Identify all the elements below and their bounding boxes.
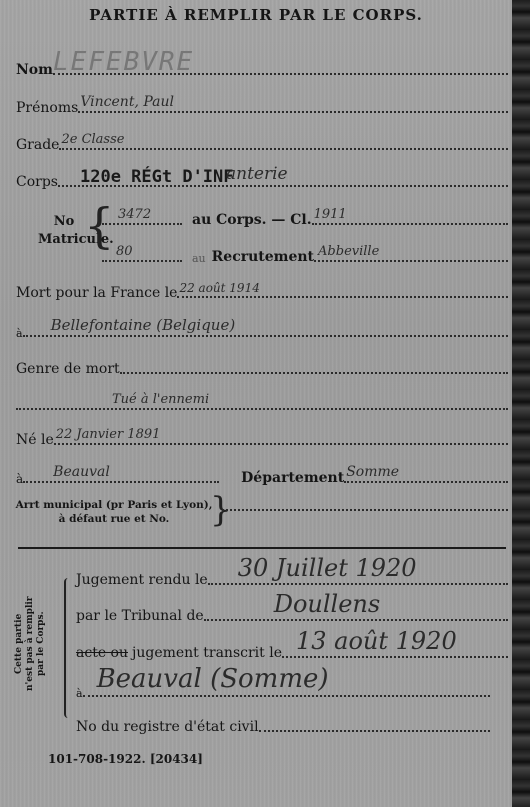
mort-label: Mort pour la France le: [16, 285, 177, 301]
field-ne-le: Né le 22 Janvier 1891: [16, 428, 508, 448]
prenoms-value: Vincent, Paul: [80, 94, 174, 110]
document-title: PARTIE À REMPLIR PAR LE CORPS.: [0, 6, 512, 24]
departement-label: Département: [241, 470, 344, 486]
nom-value: LEFEBVRE: [53, 47, 194, 77]
section-separator: [18, 547, 506, 549]
grade-line: 2e Classe: [59, 146, 508, 150]
arrondissement-label-line1: Arrt municipal (pr Paris et Lyon),: [14, 498, 214, 512]
side-note: Cette partie n'est pas à remplir par le …: [14, 574, 64, 714]
field-grade: Grade 2e Classe: [16, 133, 508, 153]
corps-label: Corps: [16, 174, 58, 190]
field-registre: No du registre d'état civil: [76, 715, 490, 735]
arrondissement-label: Arrt municipal (pr Paris et Lyon), à déf…: [14, 498, 214, 526]
departement-value: Somme: [346, 464, 399, 480]
grade-value: 2e Classe: [61, 132, 124, 147]
print-code: 101-708-1922. [20434]: [48, 752, 203, 766]
field-matricule-recrutement: 80 au Recrutement Abbeville: [102, 245, 508, 265]
ne-a-value: Beauval: [53, 464, 110, 480]
jugement-rendu-value: 30 Juillet 1920: [238, 554, 417, 582]
matricule-label: No Matricule.: [38, 213, 90, 249]
corps-handwritten: anterie: [226, 164, 288, 184]
side-note-line1: Cette partie: [14, 614, 24, 674]
matricule-label-text: Matricule.: [38, 231, 90, 249]
jugement-lieu-line: Beauval (Somme): [83, 693, 490, 697]
transcrit-struck-label: acte ou: [76, 645, 128, 661]
grade-label: Grade: [16, 137, 59, 153]
jugement-brace: [64, 578, 68, 718]
genre-line: [120, 370, 508, 374]
arrondissement-label-line2: à défaut rue et No.: [14, 512, 214, 526]
nom-label: Nom: [16, 62, 53, 78]
field-corps: Corps 120e RÉGt D'INF anterie: [16, 170, 508, 190]
ne-le-value: 22 Janvier 1891: [56, 427, 161, 442]
jugement-rendu-line: 30 Juillet 1920: [208, 581, 508, 585]
field-mort-lieu: à Bellefontaine (Belgique): [16, 320, 508, 340]
scan-edge: [512, 0, 530, 807]
matricule-corps-line: 3472: [102, 221, 182, 225]
ne-le-label: Né le: [16, 432, 54, 448]
ne-le-line: 22 Janvier 1891: [54, 441, 508, 445]
field-matricule-corps: 3472 au Corps. — Cl. 1911: [102, 208, 508, 228]
ne-a-label: à: [16, 472, 23, 486]
matricule-label-no: No: [38, 213, 90, 231]
field-nom: Nom LEFEBVRE: [16, 58, 508, 78]
recrut-label: Recrutement: [212, 249, 314, 265]
side-note-line3: par le Corps.: [36, 612, 46, 677]
registre-label: No du registre d'état civil: [76, 719, 259, 735]
transcrit-line: 13 août 1920: [282, 654, 508, 658]
genre-value: Tué à l'ennemi: [112, 392, 209, 407]
tribunal-line: Doullens: [204, 617, 508, 621]
recrut-place-line: Abbeville: [314, 258, 508, 262]
transcrit-label: jugement transcrit le: [132, 645, 282, 661]
departement-line: Somme: [344, 479, 508, 483]
transcrit-value: 13 août 1920: [296, 627, 457, 655]
jugement-lieu-value: Beauval (Somme): [97, 664, 329, 694]
corps-line: 120e RÉGt D'INF anterie: [58, 183, 508, 187]
mort-lieu-value: Bellefontaine (Belgique): [51, 316, 236, 334]
field-ne-a: à Beauval Département Somme: [16, 466, 508, 486]
field-tribunal: par le Tribunal de Doullens: [76, 604, 508, 624]
recrut-prefix: au: [192, 252, 206, 265]
field-prenoms: Prénoms Vincent, Paul: [16, 96, 508, 116]
matricule-recrut-value: 80: [116, 244, 133, 259]
prenoms-line: Vincent, Paul: [78, 109, 508, 113]
matricule-corps-value: 3472: [118, 207, 151, 222]
ne-a-line: Beauval: [23, 479, 219, 483]
field-arrondissement: [222, 494, 508, 514]
field-transcrit: acte ou jugement transcrit le 13 août 19…: [76, 641, 508, 661]
jugement-rendu-label: Jugement rendu le: [76, 572, 208, 588]
matricule-corps-label: au Corps. — Cl.: [192, 212, 312, 228]
arrondissement-line: [222, 507, 508, 511]
field-mort: Mort pour la France le 22 août 1914: [16, 281, 508, 301]
registre-line: [259, 728, 490, 732]
genre-value-line: Tué à l'ennemi: [16, 406, 508, 410]
nom-line: LEFEBVRE: [53, 71, 508, 75]
prenoms-label: Prénoms: [16, 100, 78, 116]
field-genre-value: Tué à l'ennemi: [16, 393, 508, 413]
tribunal-label: par le Tribunal de: [76, 608, 204, 624]
classe-value: 1911: [314, 207, 347, 222]
corps-stamp: 120e RÉGt D'INF: [80, 167, 234, 187]
mort-line: 22 août 1914: [177, 294, 508, 298]
field-jugement-rendu: Jugement rendu le 30 Juillet 1920: [76, 568, 508, 588]
field-genre: Genre de mort: [16, 357, 508, 377]
mort-lieu-line: Bellefontaine (Belgique): [23, 333, 508, 337]
genre-label: Genre de mort: [16, 361, 120, 377]
mort-value: 22 août 1914: [179, 281, 259, 295]
side-note-line2: n'est pas à remplir: [25, 597, 35, 692]
matricule-recrut-line: 80: [102, 258, 182, 262]
recrut-place-value: Abbeville: [318, 244, 379, 259]
classe-line: 1911: [312, 221, 508, 225]
field-jugement-lieu: à Beauval (Somme): [76, 680, 490, 700]
tribunal-value: Doullens: [274, 590, 380, 618]
